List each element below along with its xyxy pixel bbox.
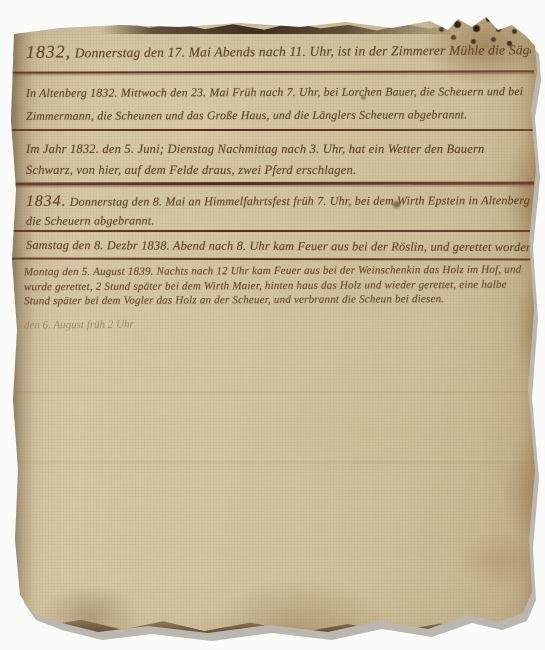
journal-entry: 1832, Donnerstag den 17. Mai Abends nach… [26,38,531,63]
entry-year: 1834. [26,193,67,210]
entry-text: Donnerstag den 8. Mai an Himmelfahrtsfes… [26,193,530,228]
photo-background: 1832, Donnerstag den 17. Mai Abends nach… [0,0,545,650]
entry-year: 1832, [26,41,71,61]
entry-text: In Altenberg 1832. Mittwoch den 23. Mai … [26,84,523,123]
entry-separator-line [12,258,534,261]
entry-separator-line [12,230,534,232]
entry-separator-line [12,129,534,131]
top-torn-edge [100,20,450,34]
journal-entry: Samstag den 8. Dezbr 1838. Abend nach 8.… [26,235,534,256]
entry-text: Im Jahr 1832. den 5. Juni; Dienstag Nach… [26,142,485,177]
entry-text: Donnerstag den 17. Mai Abends nach 11. U… [75,42,531,61]
journal-entry: Im Jahr 1832. den 5. Juni; Dienstag Nach… [26,137,532,181]
entry-text: Samstag den 8. Dezbr 1838. Abend nach 8.… [26,238,532,254]
journal-entry: In Altenberg 1832. Mittwoch den 23. Mai … [26,79,532,128]
entry-separator-line [12,70,534,73]
journal-entry: Montag den 5. August 1839. Nachts nach 1… [24,262,522,309]
faded-postscript: den 6. August früh 2 Uhr [24,319,134,332]
journal-entry: 1834. Donnerstag den 8. Mai an Himmelfah… [26,190,532,231]
ink-spots [0,0,3,3]
entry-text: Montag den 5. August 1839. Nachts nach 1… [24,264,521,308]
manuscript-page: 1832, Donnerstag den 17. Mai Abends nach… [0,0,545,650]
entry-separator-line [12,182,534,186]
